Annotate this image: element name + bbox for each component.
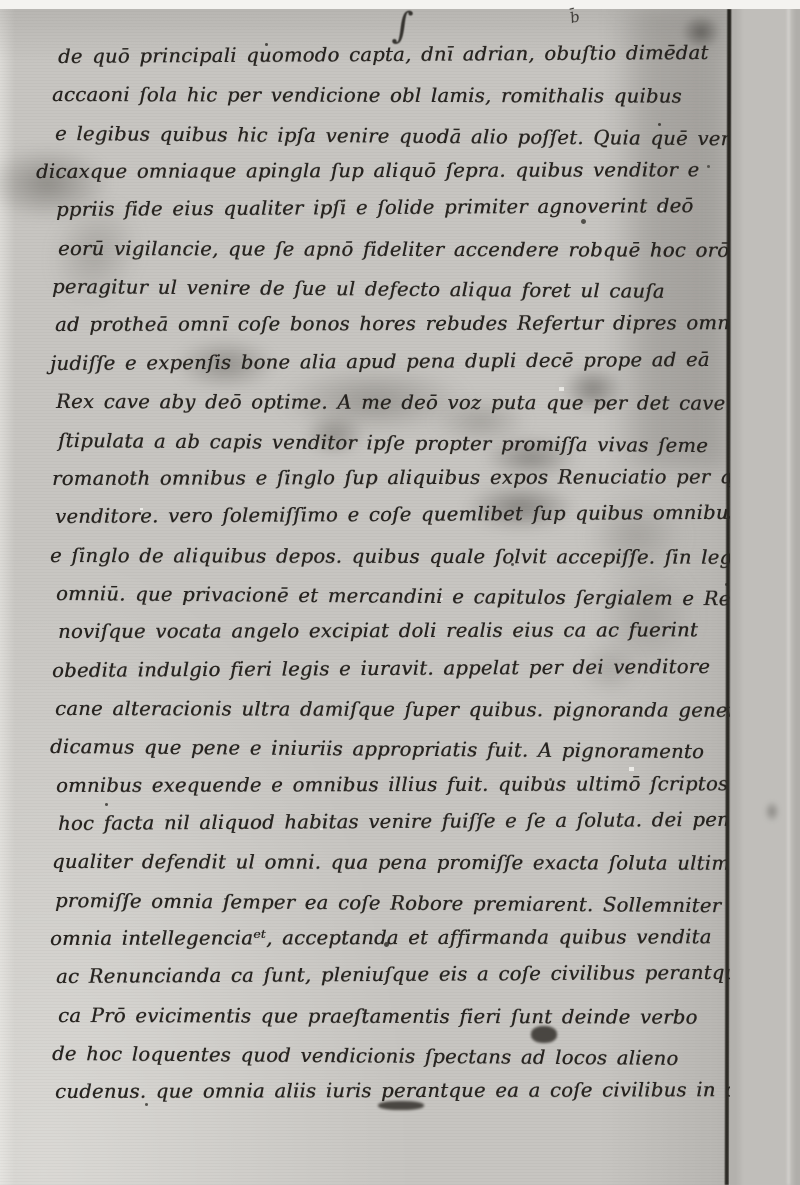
ink-smudge (378, 1101, 424, 1110)
manuscript-line: hoc facta nil aliquod habitas venire fui… (58, 807, 742, 837)
manuscript-line: Rex cave aby deō optime. A me deō voz pu… (56, 389, 773, 417)
manuscript-line: cane alteracionis ultra damiſque ſuper q… (55, 696, 749, 724)
manuscript-line: promiſſe omnia ſemper ea coſe Robore pre… (55, 888, 800, 920)
manuscript-line: e legibus quibus hic ipſa venire quodā a… (55, 121, 734, 152)
manuscript-line: peragitur ul venire de ſue ul defecto al… (52, 274, 665, 305)
manuscript-line: obedita indulgio fieri legis e iuravit. … (52, 654, 710, 684)
manuscript-line: ac Renuncianda ca ſunt, pleniuſque eis a… (56, 960, 749, 990)
adjacent-page-crease (787, 8, 790, 1185)
manuscript-line: accaoni ſola hic per vendicione obl lami… (52, 82, 682, 110)
manuscript-page: ∫ b̄ de quō principali quomodo capta, dn… (0, 8, 729, 1185)
manuscript-line: judiſſe e expenſis bone alia apud pena d… (50, 347, 710, 377)
adjacent-page-edge (730, 8, 800, 1185)
manuscript-line: ppriis fide eius qualiter ipſi e ſolide … (56, 193, 694, 223)
manuscript-photo: ∫ b̄ de quō principali quomodo capta, dn… (0, 0, 800, 1185)
manuscript-line: venditore. vero ſolemiſſimo e coſe queml… (55, 500, 739, 530)
manuscript-line: romanoth omnibus e ſinglo ſup aliquibus … (52, 464, 788, 492)
manuscript-line: e ſinglo de aliquibus depos. quibus qual… (50, 543, 775, 571)
manuscript-line: de hoc loquentes quod vendicionis ſpecta… (52, 1041, 679, 1072)
manuscript-line: qualiter defendit ul omni. qua pena prom… (52, 849, 742, 877)
manuscript-line: eorū vigilancie, que ſe apnō fideliter a… (58, 236, 764, 264)
manuscript-line: omnibus exequende e omnibus illius fuit.… (56, 771, 800, 799)
manuscript-line: noviſque vocata angelo excipiat doli rea… (58, 618, 698, 646)
ink-smudge (531, 1026, 557, 1043)
manuscript-line: de quō principali quomodo capta, dnī adr… (58, 40, 709, 70)
manuscript-line: dicamus que pene e iniuriis appropriatis… (50, 734, 704, 765)
manuscript-line: omniū. que privacionē et mercandini e ca… (56, 581, 792, 613)
manuscript-line: ca Prō evicimentis que praeſtamentis fie… (58, 1003, 698, 1031)
manuscript-line: ſtipulata a ab capis venditor ipſe propt… (58, 428, 708, 459)
manuscript-line: dicaxque omniaque apingla ſup aliquō ſep… (36, 157, 699, 185)
manuscript-line: ad protheā omnī coſe bonos hores rebudes… (55, 311, 737, 339)
text-block: de quō principali quomodo capta, dnī adr… (0, 44, 729, 1164)
manuscript-line: omnia intellegenciaᵉᵗ, acceptanda et aff… (50, 924, 712, 952)
